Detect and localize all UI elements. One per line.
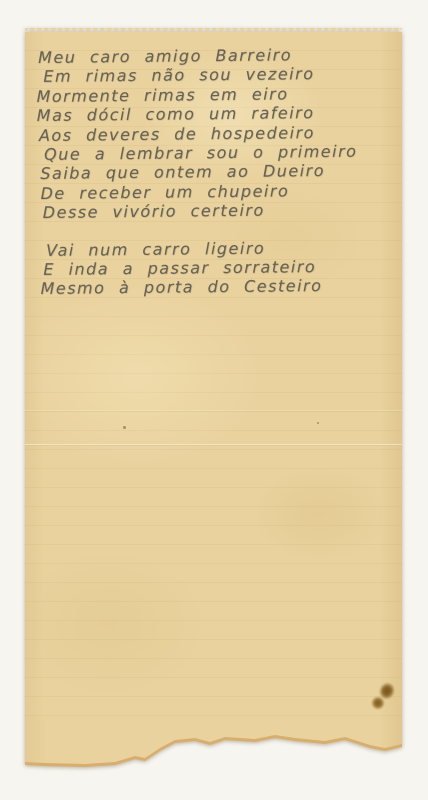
poem-stanza-2: Vai num carro ligeiro E inda a passar so… [38,237,359,299]
poem-stanza-1: Meu caro amigo Barreiro Em rimas não sou… [36,45,358,223]
speck-mark [317,422,319,424]
poem-line: Em rimas não sou vezeiro [43,64,356,87]
speck-mark [123,426,126,429]
poem-line: Mesmo à porta do Cesteiro [40,276,358,299]
paper-body: Meu caro amigo Barreiro Em rimas não sou… [25,32,402,720]
poem-text: Meu caro amigo Barreiro Em rimas não sou… [36,45,359,299]
paper-sheet: Meu caro amigo Barreiro Em rimas não sou… [25,28,402,768]
fold-crease [25,444,402,446]
torn-edge-bottom [25,720,402,768]
poem-line: Saiba que ontem ao Dueiro [40,161,357,184]
poem-line: Desse vivório certeiro [43,200,358,223]
fold-crease-faint [25,410,402,412]
torn-edge-paper [25,720,402,768]
stain-mark-small [371,696,385,710]
